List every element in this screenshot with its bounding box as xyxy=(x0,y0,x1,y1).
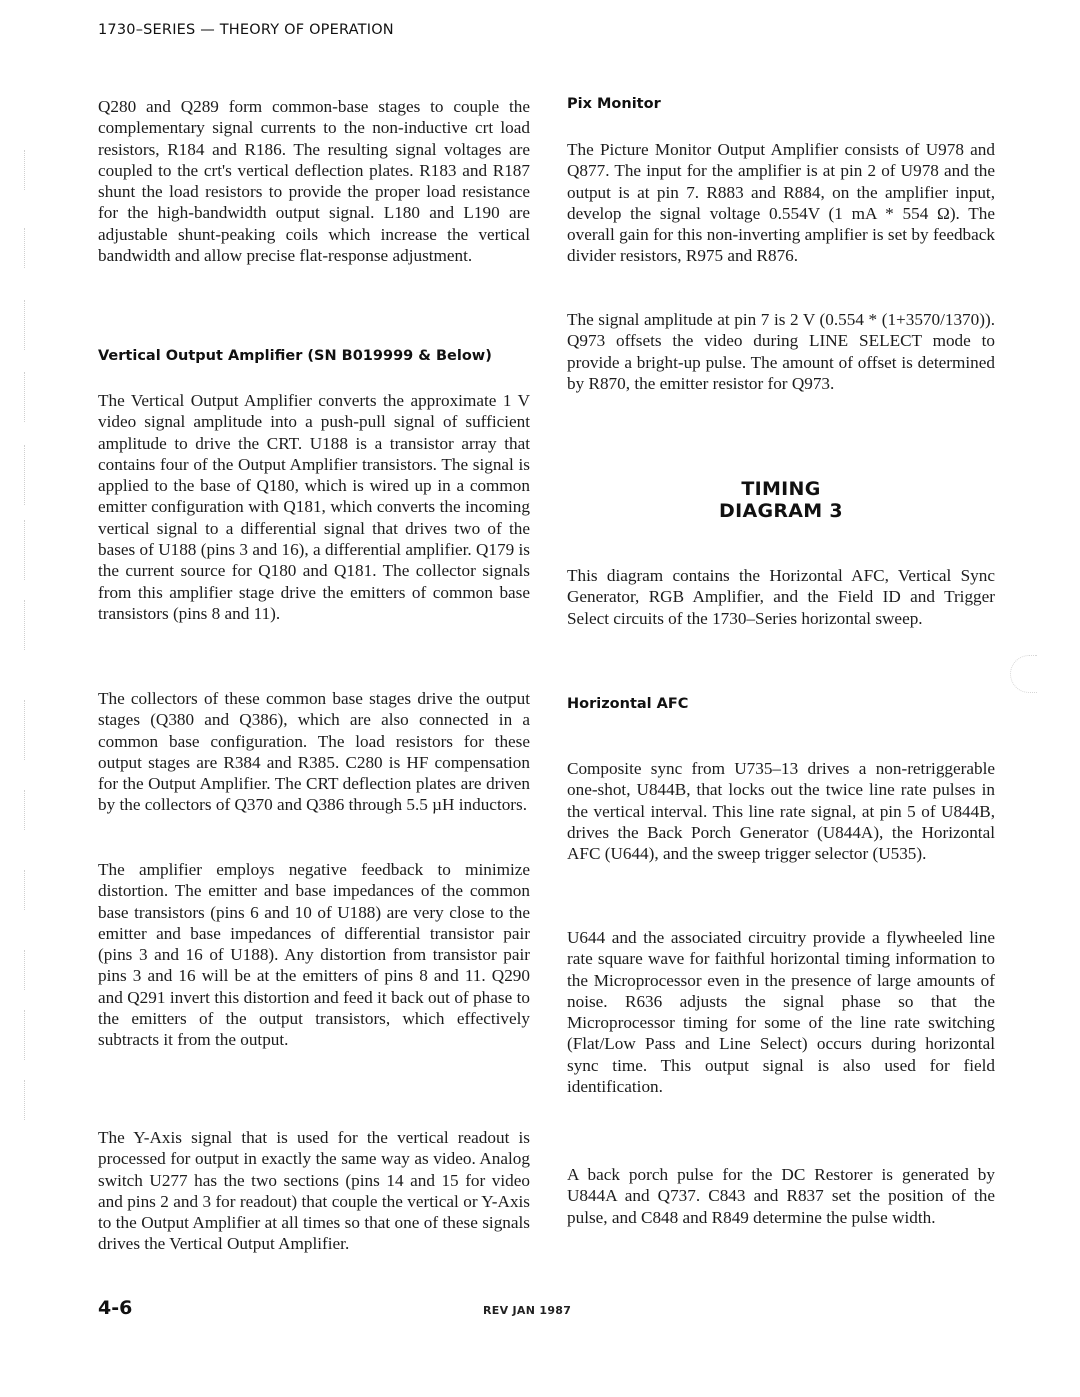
revision-date: REV JAN 1987 xyxy=(483,1304,571,1317)
running-head: 1730–SERIES — THEORY OF OPERATION xyxy=(98,22,394,38)
section-heading-pix-monitor: Pix Monitor xyxy=(567,94,995,114)
scan-margin-mark xyxy=(24,372,25,422)
paragraph: U644 and the associated circuitry provid… xyxy=(567,927,995,1097)
paragraph: The Vertical Output Amplifier converts t… xyxy=(98,390,530,624)
scan-margin-mark xyxy=(24,790,25,830)
major-heading-diagram-3: DIAGRAM 3 xyxy=(567,500,995,522)
scan-margin-mark xyxy=(24,150,25,190)
scan-margin-mark xyxy=(24,700,25,760)
scan-margin-mark xyxy=(24,870,25,910)
paragraph: The collectors of these common base stag… xyxy=(98,688,530,816)
paragraph: The amplifier employs negative feedback … xyxy=(98,859,530,1051)
section-heading-vertical-output-amplifier: Vertical Output Amplifier (SN B019999 & … xyxy=(98,346,530,366)
paragraph: Composite sync from U735–13 drives a non… xyxy=(567,758,995,864)
scan-margin-mark xyxy=(24,445,25,505)
major-heading-timing: TIMING xyxy=(567,478,995,500)
page-number: 4-6 xyxy=(98,1297,132,1319)
scan-margin-mark xyxy=(24,950,25,990)
section-heading-horizontal-afc: Horizontal AFC xyxy=(567,694,995,714)
paragraph: This diagram contains the Horizontal AFC… xyxy=(567,565,995,629)
scan-margin-mark xyxy=(24,600,25,650)
paragraph: The signal amplitude at pin 7 is 2 V (0.… xyxy=(567,309,995,394)
scan-margin-mark xyxy=(24,1080,25,1120)
punch-hole-ghost xyxy=(1010,655,1037,693)
scan-margin-mark xyxy=(24,300,25,350)
scan-margin-mark xyxy=(24,520,25,580)
scan-margin-mark xyxy=(24,1010,25,1060)
paragraph: The Y-Axis signal that is used for the v… xyxy=(98,1127,530,1255)
paragraph: A back porch pulse for the DC Restorer i… xyxy=(567,1164,995,1228)
paragraph: Q280 and Q289 form common-base stages to… xyxy=(98,96,530,266)
scan-margin-mark xyxy=(24,228,25,268)
paragraph: The Picture Monitor Output Amplifier con… xyxy=(567,139,995,267)
